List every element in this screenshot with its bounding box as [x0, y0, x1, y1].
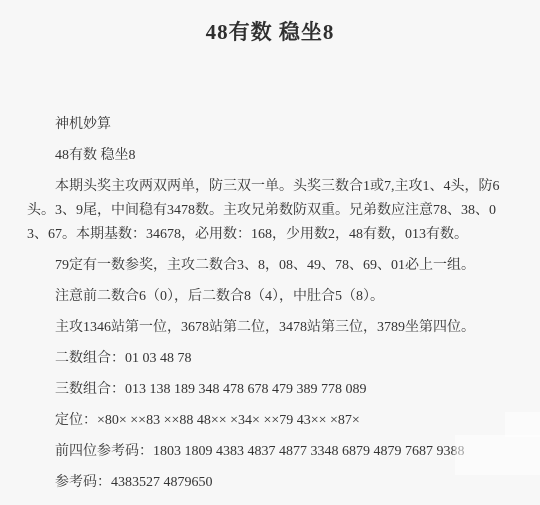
- paragraph: 注意前二数合6（0），后二数合8（4），中肚合5（8）。: [27, 285, 512, 309]
- page-title: 48有数 稳坐8: [0, 0, 540, 46]
- page: 48有数 稳坐8 神机妙算48有数 稳坐8本期头奖主攻两双两单，防三双一单。头奖…: [0, 0, 540, 505]
- paragraph: 参考码：4383527 4879650: [27, 471, 512, 495]
- paragraph: 本期头奖主攻两双两单，防三双一单。头奖三数合1或7,主攻1、4头，防6头。3、9…: [27, 175, 512, 247]
- paragraph: 79定有一数参奖，主攻二数合3、8，08、49、78、69、01必上一组。: [27, 254, 512, 278]
- paragraph: 二数组合：01 03 48 78: [27, 347, 512, 371]
- paragraph: 前四位参考码：1803 1809 4383 4837 4877 3348 687…: [27, 440, 512, 464]
- watermark-overlay: [505, 412, 540, 437]
- paragraph: 主攻1346站第一位，3678站第二位，3478站第三位，3789坐第四位。: [27, 316, 512, 340]
- paragraph: 48有数 稳坐8: [27, 144, 512, 168]
- paragraph: 定位：×80× ××83 ××88 48×× ×34× ××79 43×× ×8…: [27, 409, 512, 433]
- watermark-overlay: [455, 435, 540, 475]
- paragraph: 神机妙算: [27, 113, 512, 137]
- paragraph: 三数组合：013 138 189 348 478 678 479 389 778…: [27, 378, 512, 402]
